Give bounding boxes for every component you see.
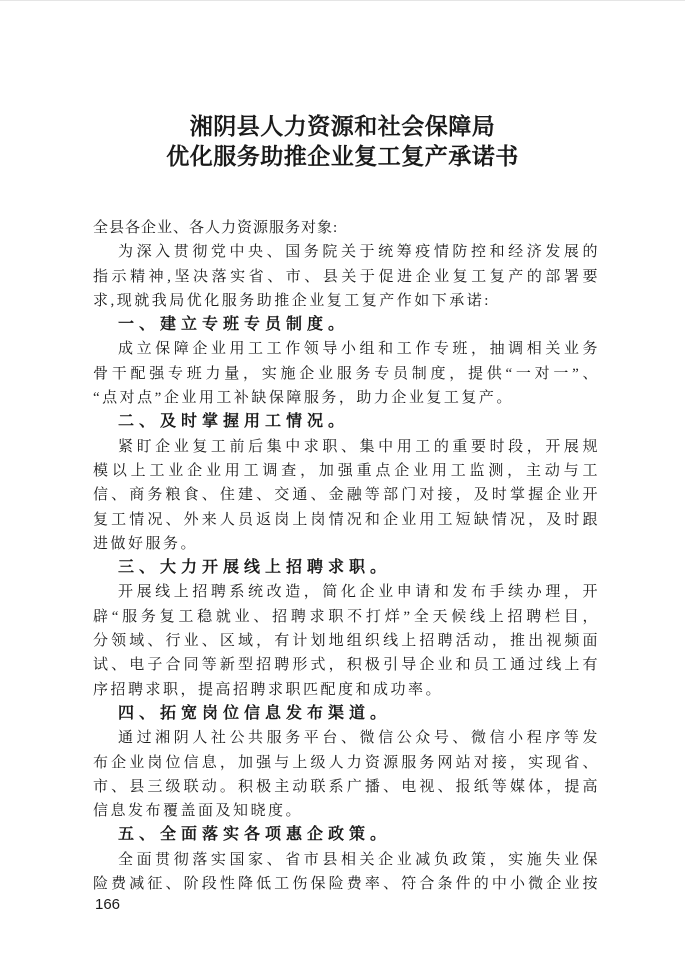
paragraph-line: 通过湘阴人社公共服务平台、微信公众号、微信小程序等发 [93,726,600,750]
paragraph-line: 骨干配强专班力量，实施企业服务专员制度，提供“一对一”、 [93,362,600,386]
paragraph-line: 求,现就我局优化服务助推企业复工复产作如下承诺: [93,289,600,313]
paragraph-line: 开展线上招聘系统改造，简化企业申请和发布手续办理，开 [93,580,600,604]
paragraph-line: 险费减征、阶段性降低工伤保险费率、符合条件的中小微企业按 [93,872,600,896]
paragraph-line: 试、电子合同等新型招聘形式，积极引导企业和员工通过线上有 [93,653,600,677]
page-number: 166 [95,896,120,914]
paragraph-line: 进做好服务。 [93,532,600,556]
paragraph-line: “点对点”企业用工补缺保障服务，助力企业复工复产。 [93,386,600,410]
paragraph-line: 市、县三级联动。积极主动联系广播、电视、报纸等媒体，提高 [93,775,600,799]
paragraph-line: 成立保障企业用工工作领导小组和工作专班，抽调相关业务 [93,337,600,361]
paragraph-line: 序招聘求职，提高招聘求职匹配度和成功率。 [93,678,600,702]
paragraph-line: 分领域、行业、区域，有计划地组织线上招聘活动，推出视频面 [93,629,600,653]
paragraph-line: 信息发布覆盖面及知晓度。 [93,799,600,823]
salutation-line: 全县各企业、各人力资源服务对象: [93,216,600,240]
section-heading: 一、建立专班专员制度。 [93,313,600,337]
paragraph-line: 布企业岗位信息，加强与上级人力资源服务网站对接，实现省、 [93,751,600,775]
section-heading: 二、及时掌握用工情况。 [93,410,600,434]
paragraph-line: 紧盯企业复工前后集中求职、集中用工的重要时段，开展规 [93,435,600,459]
document-paragraphs: 为深入贯彻党中央、国务院关于统筹疫情防控和经济发展的指示精神,坚决落实省、市、县… [93,240,600,896]
paragraph-line: 模以上工业企业用工调查，加强重点企业用工监测，主动与工 [93,459,600,483]
document-page: 湘阴县人力资源和社会保障局 优化服务助推企业复工复产承诺书 全县各企业、各人力资… [0,0,685,969]
document-title-line-2: 优化服务助推企业复工复产承诺书 [0,142,685,172]
paragraph-line: 辟“服务复工稳就业、招聘求职不打烊”全天候线上招聘栏目， [93,605,600,629]
page-top-edge [0,0,685,1]
paragraph-line: 为深入贯彻党中央、国务院关于统筹疫情防控和经济发展的 [93,240,600,264]
section-heading: 五、全面落实各项惠企政策。 [93,823,600,847]
paragraph-line: 指示精神,坚决落实省、市、县关于促进企业复工复产的部署要 [93,265,600,289]
paragraph-line: 信、商务粮食、住建、交通、金融等部门对接，及时掌握企业开 [93,483,600,507]
paragraph-line: 全面贯彻落实国家、省市县相关企业减负政策，实施失业保 [93,848,600,872]
document-body: 全县各企业、各人力资源服务对象: 为深入贯彻党中央、国务院关于统筹疫情防控和经济… [93,216,600,896]
paragraph-line: 复工情况、外来人员返岗上岗情况和企业用工短缺情况，及时跟 [93,508,600,532]
document-title: 湘阴县人力资源和社会保障局 优化服务助推企业复工复产承诺书 [0,0,685,172]
document-title-line-1: 湘阴县人力资源和社会保障局 [0,112,685,142]
section-heading: 四、拓宽岗位信息发布渠道。 [93,702,600,726]
section-heading: 三、大力开展线上招聘求职。 [93,556,600,580]
